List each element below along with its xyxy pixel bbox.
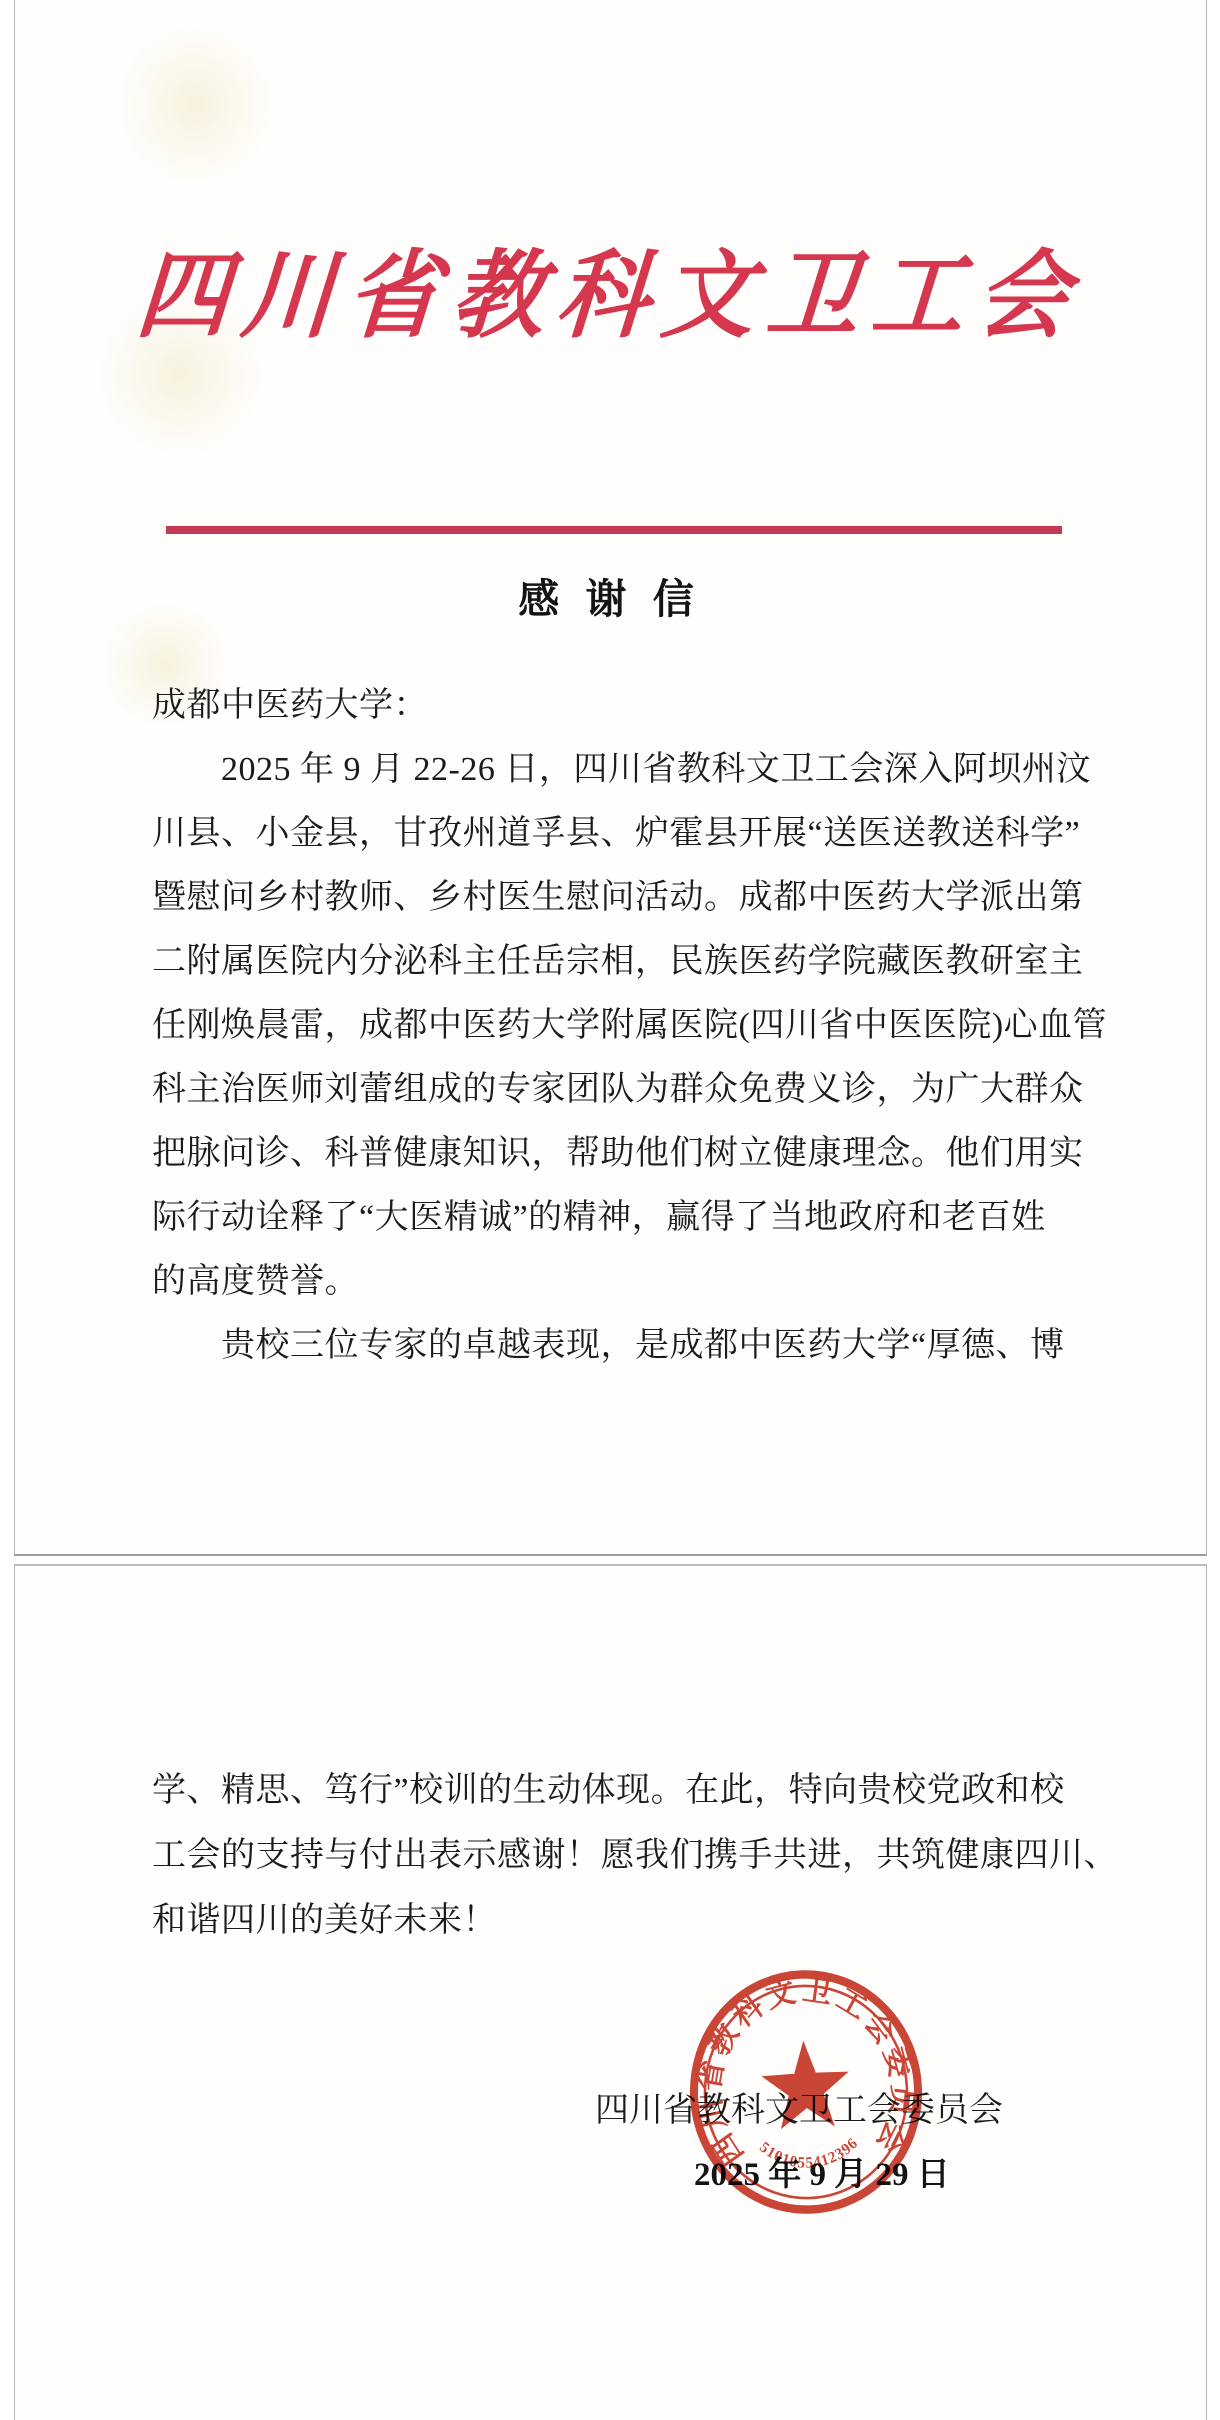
body-line: 贵校三位专家的卓越表现，是成都中医药大学“厚德、博 bbox=[152, 1314, 1072, 1378]
body-line: 工会的支持与付出表示感谢！愿我们携手共进，共筑健康四川、 bbox=[152, 1823, 1072, 1888]
letter-body-page-1: 成都中医药大学： 2025 年 9 月 22-26 日，四川省教科文卫工会深入阿… bbox=[152, 674, 1072, 1378]
letter-page-2 bbox=[14, 1564, 1207, 2420]
body-line: 任刚焕晨雷，成都中医药大学附属医院(四川省中医医院)心血管 bbox=[152, 994, 1072, 1058]
body-line: 暨慰问乡村教师、乡村医生慰问活动。成都中医药大学派出第 bbox=[152, 866, 1072, 930]
letterhead-divider-rule bbox=[166, 526, 1062, 534]
body-line: 和谐四川的美好未来！ bbox=[152, 1888, 1072, 1953]
scan-smudge bbox=[115, 20, 275, 190]
letterhead-org-name: 四川省教科文卫工会 bbox=[0, 219, 1220, 356]
letter-body-page-2: 学、精思、笃行”校训的生动体现。在此，特向贵校党政和校 工会的支持与付出表示感谢… bbox=[152, 1758, 1072, 1953]
body-line: 科主治医师刘蕾组成的专家团队为群众免费义诊，为广大群众 bbox=[152, 1058, 1072, 1122]
body-line: 二附属医院内分泌科主任岳宗相，民族医药学院藏医教研室主 bbox=[152, 930, 1072, 994]
seal-star-icon bbox=[760, 2038, 852, 2130]
salutation-line: 成都中医药大学： bbox=[152, 674, 1072, 738]
letter-title: 感 谢 信 bbox=[0, 566, 1220, 625]
body-line: 川县、小金县，甘孜州道孚县、炉霍县开展“送医送教送科学” bbox=[152, 802, 1072, 866]
body-line: 际行动诠释了“大医精诚”的精神，赢得了当地政府和老百姓 bbox=[152, 1186, 1072, 1250]
seal-serial-number: 5101055412396 bbox=[756, 2134, 863, 2175]
official-seal: 四川省教科文卫工会委员会 5101055412396 bbox=[680, 1960, 933, 2224]
body-line: 学、精思、笃行”校训的生动体现。在此，特向贵校党政和校 bbox=[152, 1758, 1072, 1823]
body-line: 的高度赞誉。 bbox=[152, 1250, 1072, 1314]
body-line: 2025 年 9 月 22-26 日，四川省教科文卫工会深入阿坝州汶 bbox=[152, 738, 1072, 802]
body-line: 把脉问诊、科普健康知识，帮助他们树立健康理念。他们用实 bbox=[152, 1122, 1072, 1186]
